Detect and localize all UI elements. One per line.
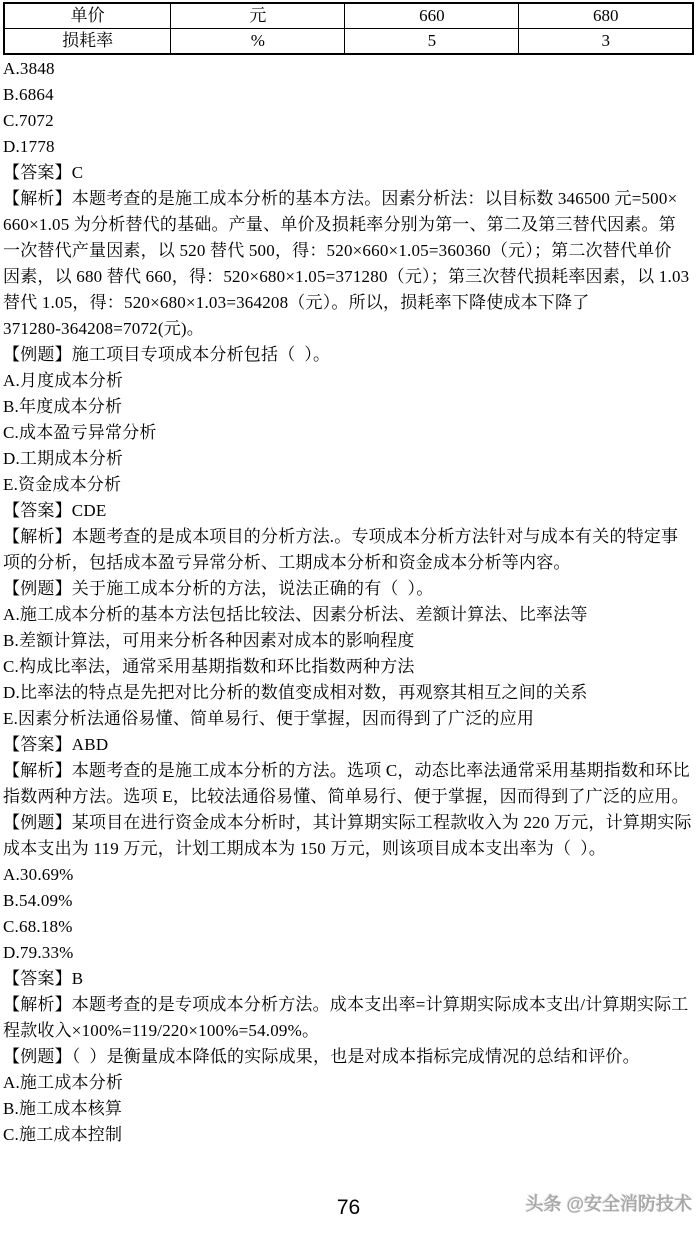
- table-cell: 5: [345, 29, 519, 55]
- document-line: D.工期成本分析: [0, 446, 697, 472]
- document-line: 【例题】某项目在进行资金成本分析时，其计算期实际工程款收入为 220 万元，计算…: [0, 810, 697, 836]
- table-cell: %: [171, 29, 345, 55]
- table-cell: 元: [171, 3, 345, 29]
- document-line: 【答案】CDE: [0, 498, 697, 524]
- document-line: E.因素分析法通俗易懂、简单易行、便于掌握，因而得到了广泛的应用: [0, 706, 697, 732]
- document-line: 一次替代产量因素，以 520 替代 500，得：520×660×1.05=360…: [0, 238, 697, 264]
- document-line: 660×1.05 为分析替代的基础。产量、单价及损耗率分别为第一、第二及第三替代…: [0, 212, 697, 238]
- document-line: D.比率法的特点是先把对比分析的数值变成相对数，再观察其相互之间的关系: [0, 680, 697, 706]
- document-line: 程款收入×100%=119/220×100%=54.09%。: [0, 1018, 697, 1044]
- table-cell: 损耗率: [4, 29, 171, 55]
- document-line: 【解析】本题考查的是施工成本分析的基本方法。因素分析法：以目标数 346500 …: [0, 186, 697, 212]
- document-line: C.68.18%: [0, 914, 697, 940]
- document-line: D.1778: [0, 134, 697, 160]
- document-line: E.资金成本分析: [0, 472, 697, 498]
- document-line: B.差额计算法，可用来分析各种因素对成本的影响程度: [0, 628, 697, 654]
- document-line: B.年度成本分析: [0, 394, 697, 420]
- document-line: A.施工成本分析的基本方法包括比较法、因素分析法、差额计算法、比率法等: [0, 602, 697, 628]
- document-line: 【解析】本题考查的是施工成本分析的方法。选项 C，动态比率法通常采用基期指数和环…: [0, 758, 697, 784]
- table-cell: 3: [519, 29, 693, 55]
- document-line: B.施工成本核算: [0, 1096, 697, 1122]
- document-line: 替代 1.05，得：520×680×1.03=364208（元）。所以，损耗率下…: [0, 290, 697, 316]
- document-line: B.54.09%: [0, 888, 697, 914]
- document-line: 【例题】施工项目专项成本分析包括（ ）。: [0, 342, 697, 368]
- watermark-label: 头条 @安全消防技术: [525, 1190, 692, 1216]
- document-line: A.月度成本分析: [0, 368, 697, 394]
- document-line: A.3848: [0, 56, 697, 82]
- document-line: 【答案】ABD: [0, 732, 697, 758]
- table-cell: 单价: [4, 3, 171, 29]
- document-body: A.3848B.6864C.7072D.1778【答案】C【解析】本题考查的是施…: [0, 56, 697, 1148]
- cost-table-body: 单价元660680损耗率%53: [4, 3, 693, 54]
- document-line: D.79.33%: [0, 940, 697, 966]
- document-line: 【例题】（ ）是衡量成本降低的实际成果，也是对成本指标完成情况的总结和评价。: [0, 1044, 697, 1070]
- document-line: C.成本盈亏异常分析: [0, 420, 697, 446]
- cost-factor-table: 单价元660680损耗率%53: [3, 2, 694, 55]
- document-line: 【例题】关于施工成本分析的方法，说法正确的有（ ）。: [0, 576, 697, 602]
- document-line: 【解析】本题考查的是成本项目的分析方法.。专项成本分析方法针对与成本有关的特定事: [0, 524, 697, 550]
- document-line: A.30.69%: [0, 862, 697, 888]
- document-line: 371280-364208=7072(元)。: [0, 316, 697, 342]
- table-row: 单价元660680: [4, 3, 693, 29]
- document-line: 因素，以 680 替代 660，得：520×680×1.05=371280（元）…: [0, 264, 697, 290]
- document-line: C.构成比率法，通常采用基期指数和环比指数两种方法: [0, 654, 697, 680]
- document-line: B.6864: [0, 82, 697, 108]
- document-line: 【答案】C: [0, 160, 697, 186]
- document-page: 单价元660680损耗率%53 A.3848B.6864C.7072D.1778…: [0, 0, 697, 1237]
- table-row: 损耗率%53: [4, 29, 693, 55]
- document-line: C.7072: [0, 108, 697, 134]
- table-cell: 680: [519, 3, 693, 29]
- document-line: C.施工成本控制: [0, 1122, 697, 1148]
- document-line: 项的分析，包括成本盈亏异常分析、工期成本分析和资金成本分析等内容。: [0, 550, 697, 576]
- document-line: 指数两种方法。选项 E，比较法通俗易懂、简单易行、便于掌握，因而得到了广泛的应用…: [0, 784, 697, 810]
- document-line: A.施工成本分析: [0, 1070, 697, 1096]
- document-line: 【答案】B: [0, 966, 697, 992]
- document-line: 成本支出为 119 万元，计划工期成本为 150 万元，则该项目成本支出率为（ …: [0, 836, 697, 862]
- document-line: 【解析】本题考查的是专项成本分析方法。成本支出率=计算期实际成本支出/计算期实际…: [0, 992, 697, 1018]
- table-cell: 660: [345, 3, 519, 29]
